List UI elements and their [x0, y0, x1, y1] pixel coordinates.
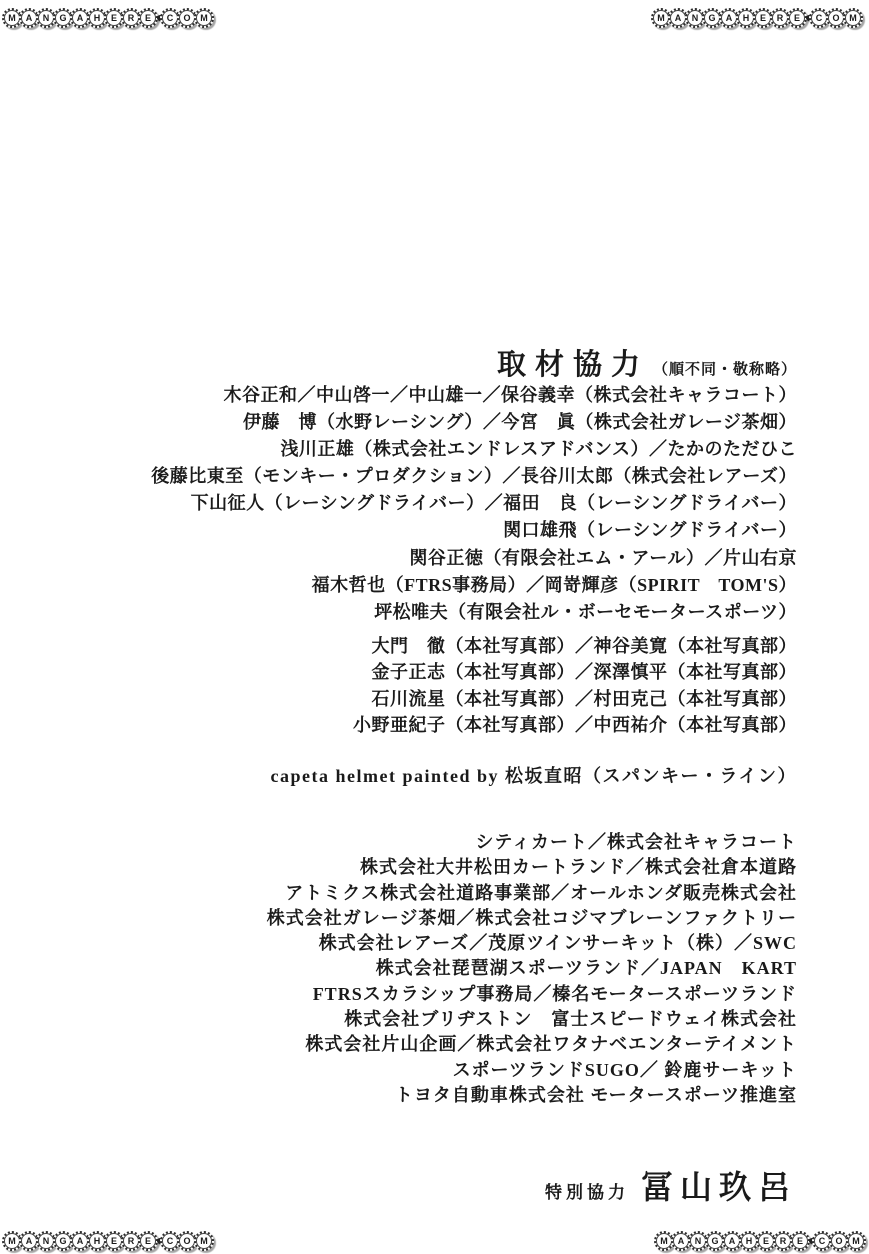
special-thanks-label: 特別協力: [545, 1183, 629, 1202]
mangahere-watermark-bottom-left: MANGAHERE.COM: [2, 1231, 214, 1251]
watermark-letter-badge: M: [194, 1231, 214, 1251]
watermark-letter-badge: E: [138, 8, 158, 28]
credit-line: 株式会社片山企画／株式会社ワタナベエンターテイメント: [267, 1032, 797, 1057]
watermark-letter-badge: M: [194, 8, 214, 28]
credit-line: 大門 徹（本社写真部）／神谷美寛（本社写真部）: [353, 633, 797, 659]
credit-line: 株式会社大井松田カートランド／株式会社倉本道路: [267, 855, 797, 880]
credit-line: アトミクス株式会社道路事業部／オールホンダ販売株式会社: [267, 881, 797, 906]
credit-line: FTRSスカラシップ事務局／榛名モータースポーツランド: [267, 982, 797, 1007]
watermark-letter-badge: M: [846, 1231, 866, 1251]
credit-line: 伊藤 博（水野レーシング）／今宮 眞（株式会社ガレージ茶畑）: [151, 409, 797, 436]
special-thanks-name: 冨山玖呂: [641, 1169, 797, 1205]
credit-line: 木谷正和／中山啓一／中山雄一／保谷義幸（株式会社キャラコート）: [151, 382, 797, 409]
credits-photo-dept-block: 大門 徹（本社写真部）／神谷美寛（本社写真部）金子正志（本社写真部）／深澤慎平（…: [353, 633, 797, 738]
credit-line: 後藤比東至（モンキー・プロダクション）／長谷川太郎（株式会社レアーズ）: [151, 463, 797, 490]
credit-line: シティカート／株式会社キャラコート: [267, 830, 797, 855]
manga-credits-page: MANGAHERE.COM MANGAHERE.COM MANGAHERE.CO…: [0, 0, 869, 1254]
section-title: 取材協力: [497, 349, 649, 381]
credit-line: 坪松唯夫（有限会社ル・ボーセモータースポーツ）: [151, 599, 797, 626]
watermark-letter-badge: M: [843, 8, 863, 28]
credit-line: 関谷正徳（有限会社エム・アール）／片山右京: [151, 545, 797, 572]
credit-line: 株式会社ガレージ茶畑／株式会社コジマブレーンファクトリー: [267, 906, 797, 931]
helmet-credit-line: capeta helmet painted by 松坂直昭（スパンキー・ライン）: [271, 762, 797, 788]
watermark-letter-badge: E: [138, 1231, 158, 1251]
credit-line: 小野亜紀子（本社写真部）／中西祐介（本社写真部）: [353, 712, 797, 738]
credit-line: 関口雄飛（レーシングドライバー）: [151, 517, 797, 544]
credit-line: 株式会社ブリヂストン 富士スピードウェイ株式会社: [267, 1007, 797, 1032]
mangahere-watermark-bottom-right: MANGAHERE.COM: [654, 1231, 866, 1251]
credit-line: 浅川正雄（株式会社エンドレスアドバンス）／たかのただひこ: [151, 436, 797, 463]
credit-line: トヨタ自動車株式会社 モータースポーツ推進室: [267, 1083, 797, 1108]
special-thanks-row: 特別協力冨山玖呂: [529, 1144, 797, 1226]
credit-line: 金子正志（本社写真部）／深澤慎平（本社写真部）: [353, 659, 797, 685]
section-title-note: （順不同・敬称略）: [653, 362, 797, 378]
credit-line: 石川流星（本社写真部）／村田克己（本社写真部）: [353, 686, 797, 712]
watermark-letter-badge: E: [787, 8, 807, 28]
mangahere-watermark-top-left: MANGAHERE.COM: [2, 8, 214, 28]
mangahere-watermark-top-right: MANGAHERE.COM: [651, 8, 863, 28]
credit-line: 株式会社琵琶湖スポーツランド／JAPAN KART: [267, 956, 797, 981]
credit-line: スポーツランドSUGO／ 鈴鹿サーキット: [267, 1058, 797, 1083]
credit-line: 下山征人（レーシングドライバー）／福田 良（レーシングドライバー）: [151, 490, 797, 517]
watermark-letter-badge: E: [790, 1231, 810, 1251]
credit-line: 福木哲也（FTRS事務局）／岡嵜輝彦（SPIRIT TOM'S）: [151, 572, 797, 599]
credit-line: 株式会社レアーズ／茂原ツインサーキット（株）／SWC: [267, 931, 797, 956]
credits-individuals-block: 木谷正和／中山啓一／中山雄一／保谷義幸（株式会社キャラコート）伊藤 博（水野レー…: [151, 382, 797, 626]
credits-companies-block: シティカート／株式会社キャラコート株式会社大井松田カートランド／株式会社倉本道路…: [267, 830, 797, 1108]
